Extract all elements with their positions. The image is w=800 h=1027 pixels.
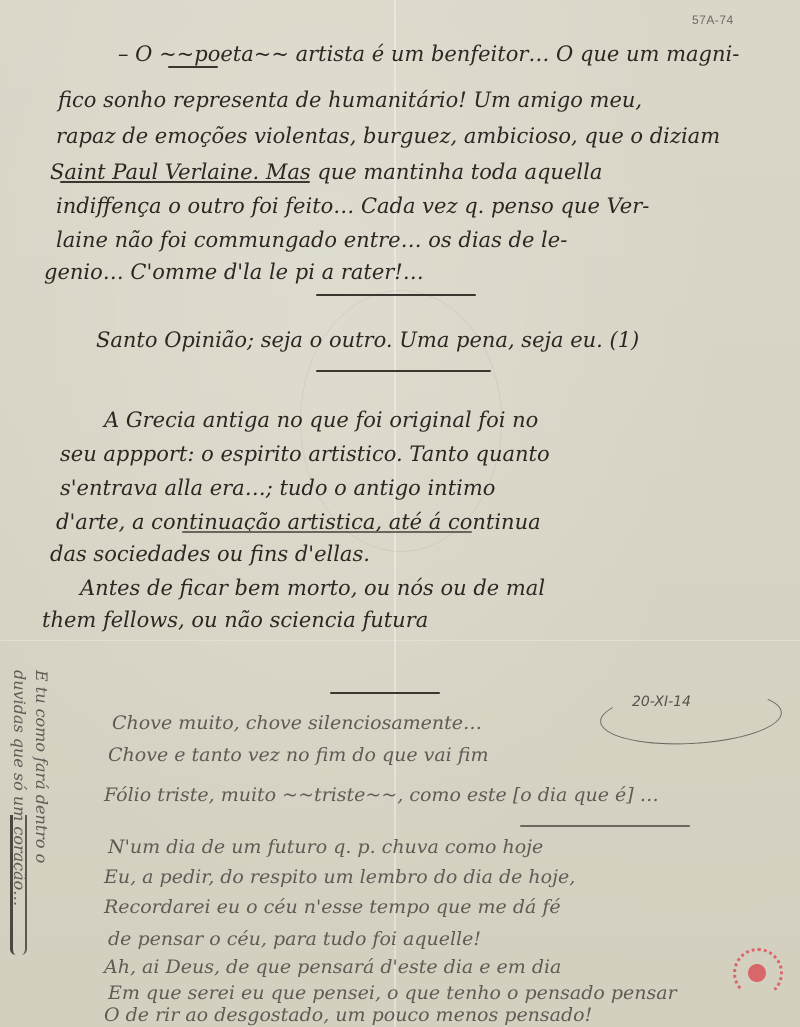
underline-mark — [60, 181, 310, 183]
pencil-line: Em que serei eu que pensei, o que tenho … — [108, 982, 677, 1004]
pencil-line: de pensar o céu, para tudo foi aquelle! — [108, 928, 481, 950]
pencil-line: Recordarei eu o céu n'esse tempo que me … — [104, 896, 561, 918]
ink-line: Antes de ficar bem morto, ou nós ou de m… — [80, 576, 545, 600]
ink-line: das sociedades ou fins d'ellas. — [50, 542, 370, 566]
pencil-line: Fólio triste, muito ~~triste~~, como est… — [104, 784, 659, 806]
margin-note-line: E tu como fará dentro o — [30, 670, 52, 906]
paper-fold-horizontal — [0, 640, 800, 641]
pencil-line: N'um dia de um futuro q. p. chuva como h… — [108, 836, 543, 858]
margin-double-stroke — [10, 815, 27, 955]
ink-line: s'entrava alla era…; tudo o antigo intim… — [60, 476, 495, 500]
stamp-seal-icon — [748, 964, 766, 982]
ink-line: them fellows, ou não sciencia futura — [42, 608, 428, 632]
centered-line: Santo Opinião; seja o outro. Uma pena, s… — [96, 328, 639, 352]
shelfmark-label: 57A-74 — [692, 13, 734, 27]
manuscript-page: 57A-74 – O ~~poeta~~ artista é um benfei… — [0, 0, 800, 1027]
underline-mark — [520, 825, 690, 827]
ink-line: laine não foi commungado entre… os dias … — [56, 228, 567, 252]
ink-line: rapaz de emoções violentas, burguez, amb… — [56, 124, 720, 148]
ink-line: genio… C'omme d'la le pi a rater!… — [44, 260, 424, 284]
separator-rule-pencil — [330, 692, 440, 694]
ink-line: seu appport: o espirito artistico. Tanto… — [60, 442, 550, 466]
pencil-line: Chove muito, chove silenciosamente… — [112, 712, 482, 734]
separator-rule-bottom — [316, 370, 491, 372]
ink-line: A Grecia antiga no que foi original foi … — [104, 408, 538, 432]
ink-line: – O ~~poeta~~ artista é um benfeitor… O … — [118, 42, 739, 66]
pencil-line: Ah, ai Deus, de que pensará d'este dia e… — [104, 956, 561, 978]
ink-line: fico sonho representa de humanitário! Um… — [58, 88, 642, 112]
pencil-line: O de rir ao desgostado, um pouco menos p… — [104, 1004, 592, 1026]
date-label: 20-XI-14 — [632, 694, 691, 710]
ink-line: indiffença o outro foi feito… Cada vez q… — [56, 194, 649, 218]
separator-rule-top — [316, 294, 476, 296]
date-circle-mark — [599, 685, 784, 748]
strikethrough-mark — [168, 66, 218, 68]
pencil-line: Chove e tanto vez no fim do que vai fim — [108, 744, 489, 766]
pencil-line: Eu, a pedir, do respito um lembro do dia… — [104, 866, 575, 888]
library-stamp — [733, 948, 781, 996]
underline-mark — [182, 531, 472, 533]
